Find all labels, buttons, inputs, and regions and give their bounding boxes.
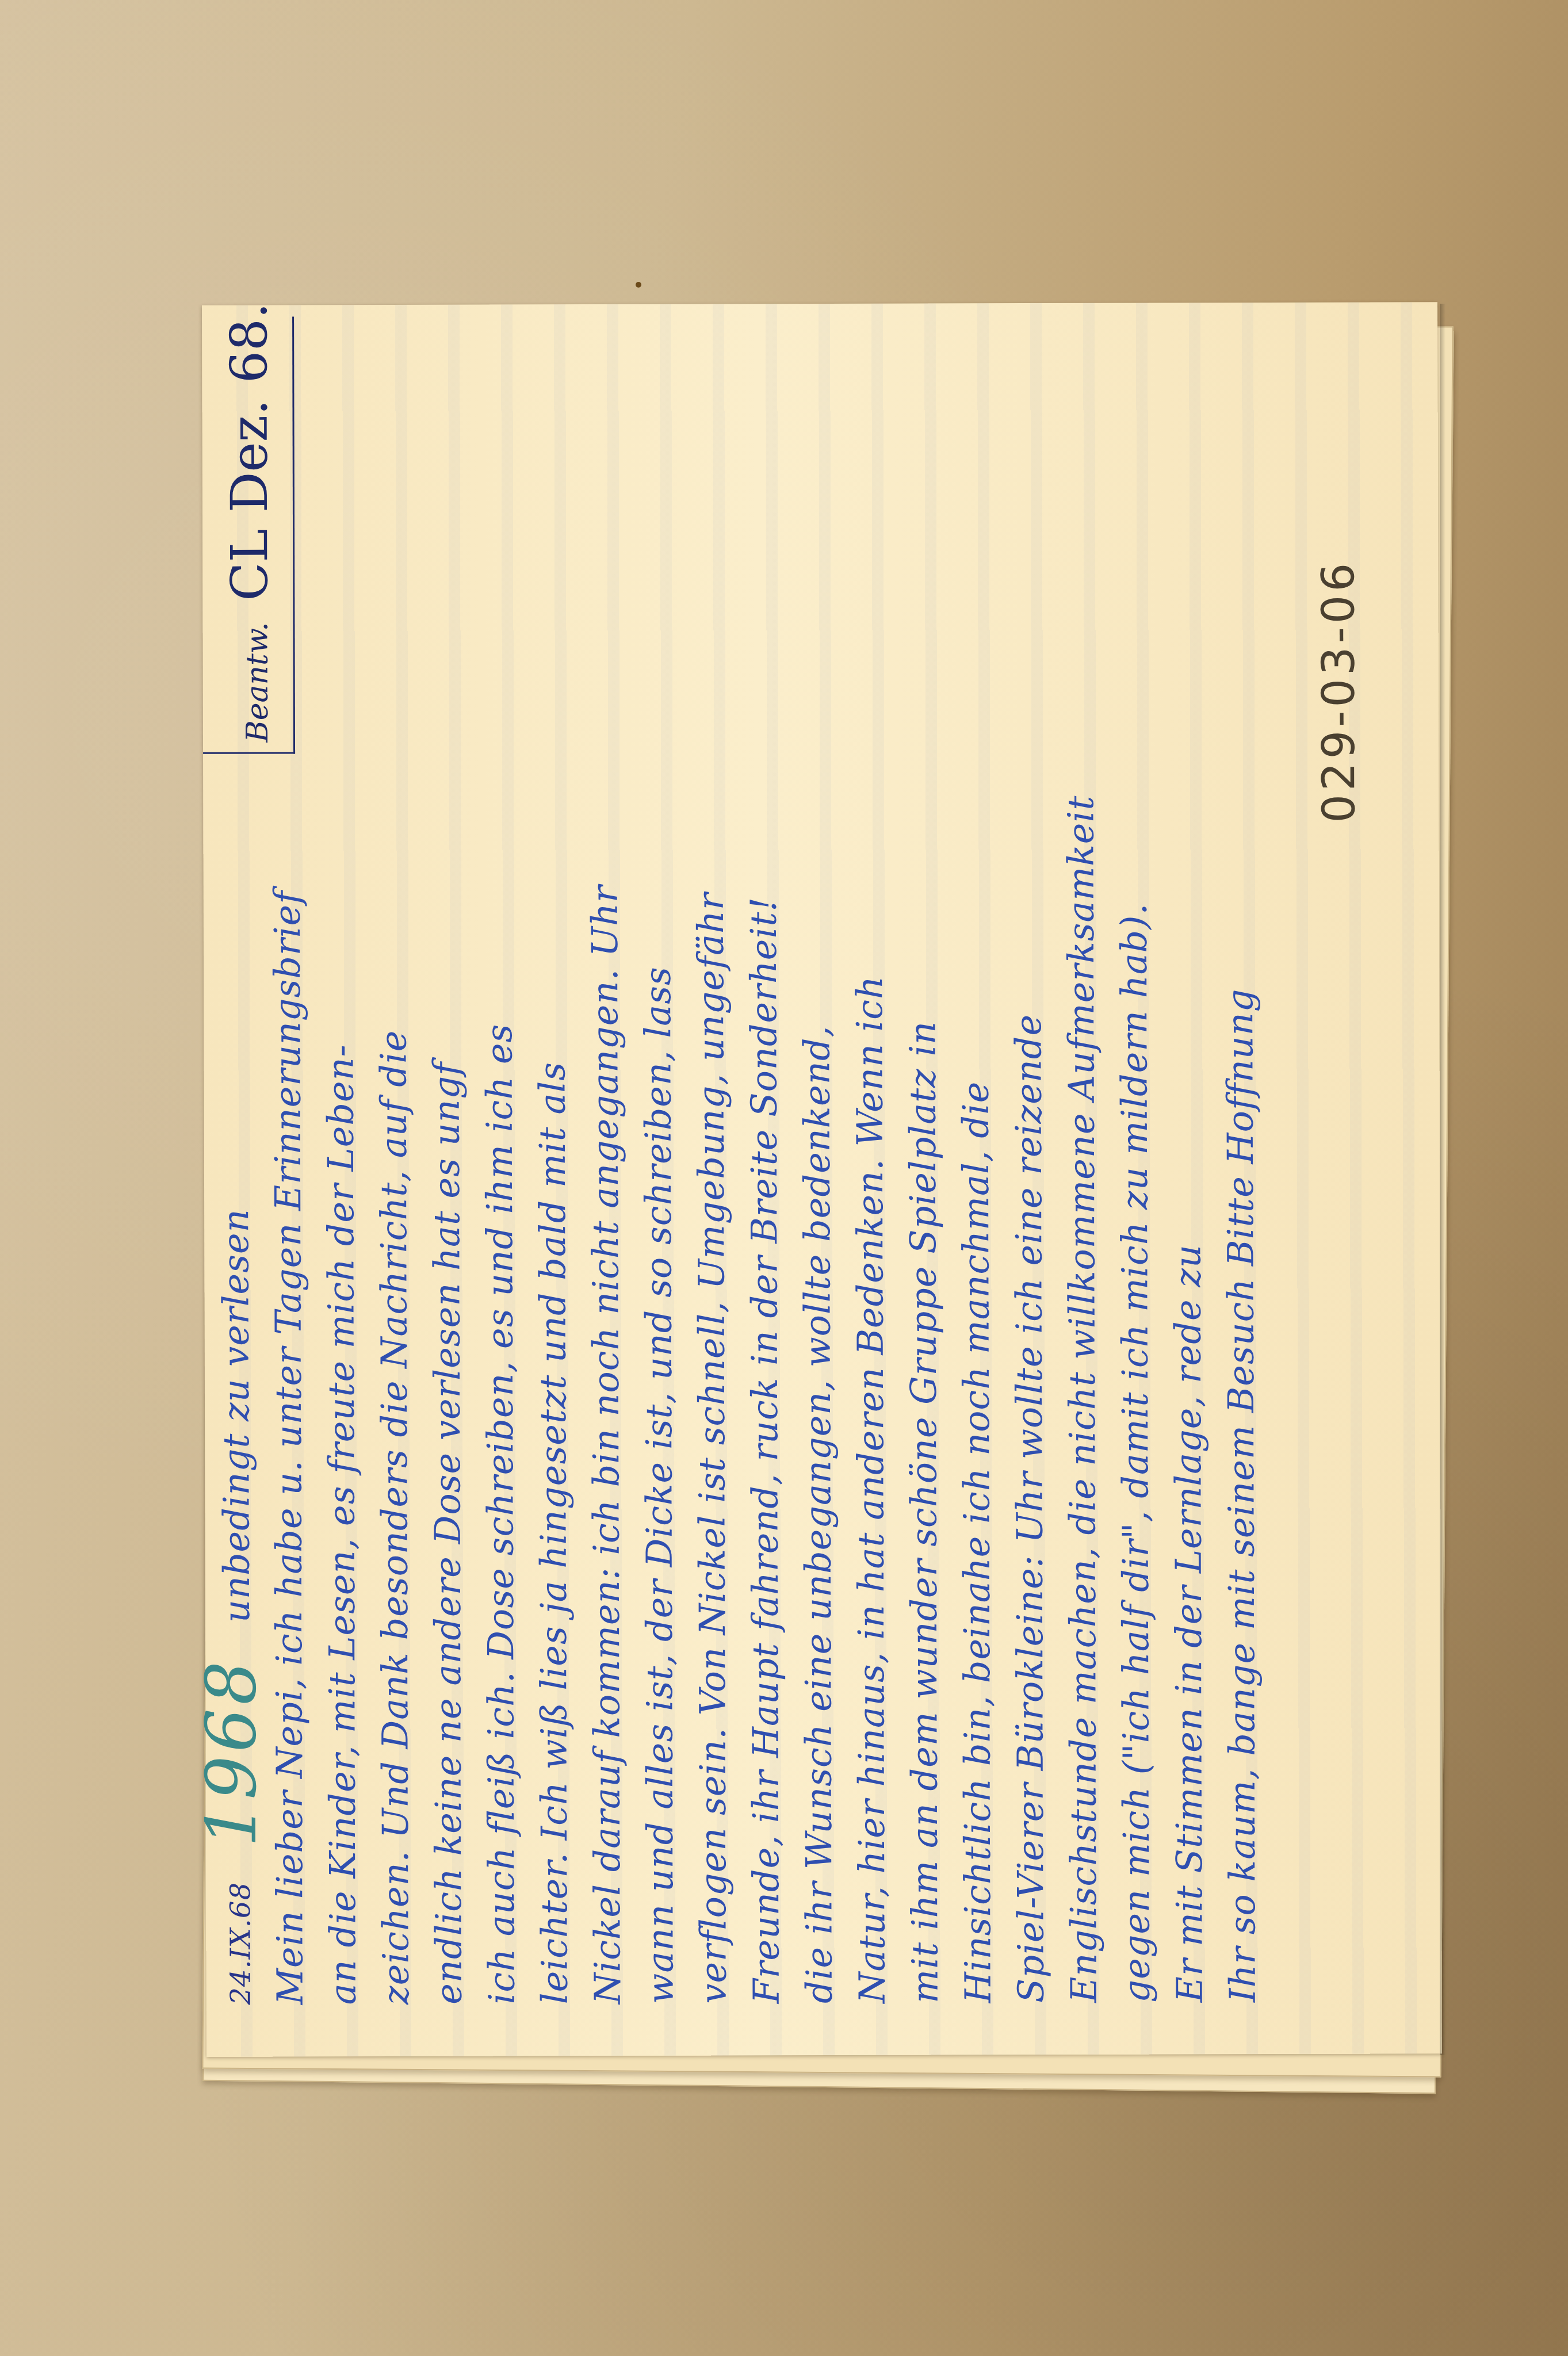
letter-writing-area: 24.IX.68 1968 unbedingt zu verlesen Mein… <box>202 302 1442 2057</box>
letter-line: Mein lieber Nepi, ich habe u. unter Tage… <box>261 890 317 2005</box>
reply-annotation-label: Beantw. <box>240 622 275 742</box>
letter-line: ich auch fleiß ich. Dose schreiben, es u… <box>473 1024 528 2005</box>
letter-line: zeichen. Und Dank besonders die Nachrich… <box>367 1030 422 2005</box>
letter-line: Nickel darauf kommen: ich bin noch nicht… <box>579 885 634 2004</box>
letter-line: endlich keine ne andere Dose verlesen ha… <box>420 1062 475 2005</box>
letter-line: Freunde, ihr Haupt fahrend, ruck in der … <box>737 897 793 2004</box>
archive-number: 029-03-06 <box>1313 560 1365 823</box>
year-annotation: 1968 <box>192 1658 272 1848</box>
paper-edge-shadow <box>1440 304 1445 2055</box>
letter-line: Ihr so kaum, bange mit seinem Besuch Bit… <box>1214 989 1269 2003</box>
letter-line: Spiel-Vierer Bürokleine: Uhr wollte ich … <box>1002 1014 1058 2003</box>
letter-line: 24.IX.68 1968 unbedingt zu verlesen <box>204 1208 259 2005</box>
letter-line: mit ihm an dem wunder schöne Gruppe Spie… <box>896 1021 951 2003</box>
letter-line: gegen mich ("ich half dir", damit ich mi… <box>1108 903 1164 2003</box>
letter-line: an die Kinder, mit Lesen, es freute mich… <box>314 1044 369 2005</box>
letter-line: Hinsichtlich bin, beinahe ich noch manch… <box>950 1081 1005 2003</box>
letter-line: Natur, hier hinaus, in hat anderen Beden… <box>843 976 899 2003</box>
letter-line: Er mit Stimmen in der Lernlage, rede zu <box>1161 1244 1216 2002</box>
desk-speck <box>636 282 641 288</box>
reply-annotation: Beantw. CL Dez. 68. <box>219 303 280 743</box>
letter-date: 24.IX.68 <box>224 1882 257 2005</box>
letter-line: leichter. Ich wiß lies ja hingesetzt und… <box>526 1062 581 2005</box>
letter-line: verflogen sein. Von Nickel ist schnell, … <box>684 892 740 2003</box>
reply-annotation-text: CL Dez. 68. <box>219 303 279 601</box>
letter-line: die ihr Wunsch eine unbegangen, wollte b… <box>790 1026 846 2004</box>
letter-sheet: 24.IX.68 1968 unbedingt zu verlesen Mein… <box>202 302 1442 2057</box>
letter-line: Englischstunde machen, die nicht willkom… <box>1054 795 1110 2003</box>
letter-line: wann und alles ist, der Dicke ist, und s… <box>632 966 687 2004</box>
line-text: unbedingt zu verlesen <box>215 1208 258 1623</box>
